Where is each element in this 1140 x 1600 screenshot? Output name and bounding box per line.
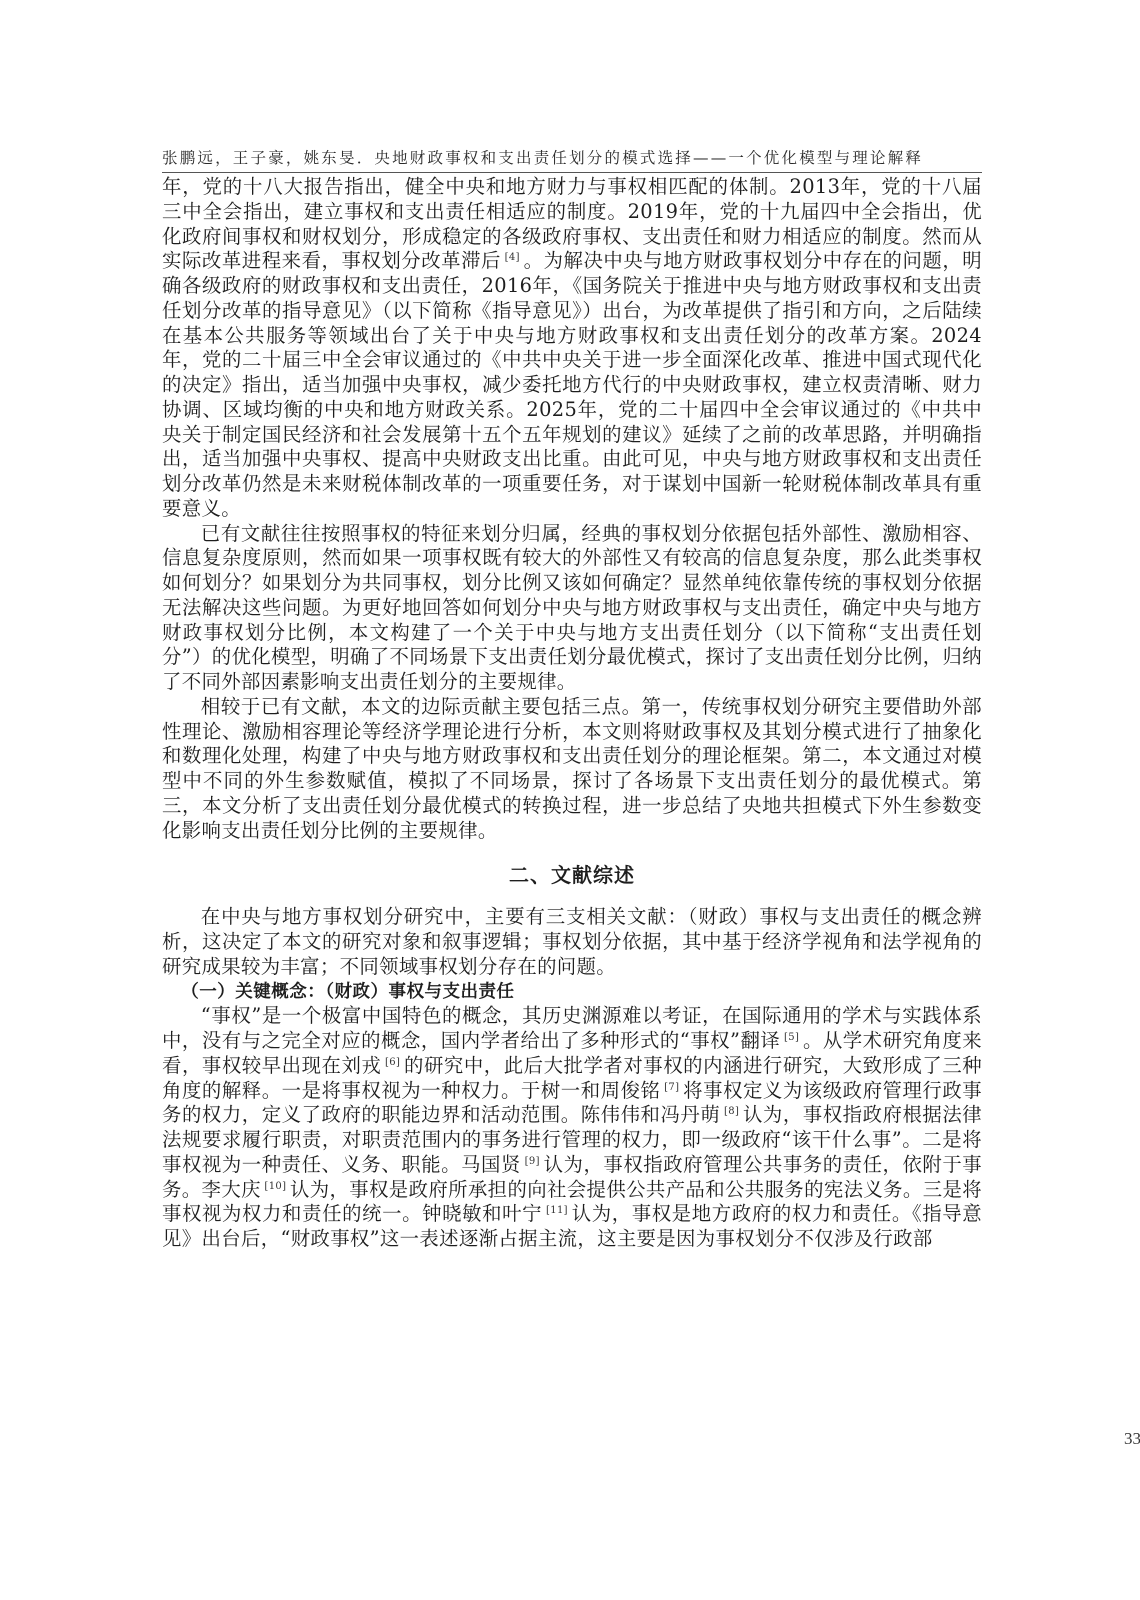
citation-reference[interactable]: [6] <box>381 1057 404 1068</box>
citation-reference[interactable]: [7] <box>660 1082 683 1093</box>
citation-reference[interactable]: [9] <box>521 1156 544 1167</box>
header-divider <box>162 172 982 173</box>
section-title: 二、文献综述 <box>162 863 982 887</box>
section-intro-paragraph: 在中央与地方事权划分研究中，主要有三支相关文献：（财政）事权与支出责任的概念辨析… <box>162 905 982 979</box>
sub-heading: （一）关键概念：（财政）事权与支出责任 <box>162 980 982 1005</box>
concept-paragraph: “事权”是一个极富中国特色的概念，其历史渊源难以考证，在国际通用的学术与实践体系… <box>162 1004 982 1252</box>
citation-reference[interactable]: [5] <box>780 1032 803 1043</box>
citation-reference[interactable]: [4] <box>501 252 524 263</box>
body-paragraph: 年，党的十八大报告指出，健全中央和地方财力与事权相匹配的体制。2013年，党的十… <box>162 175 982 522</box>
citation-reference[interactable]: [11] <box>542 1205 572 1216</box>
citation-reference[interactable]: [10] <box>261 1181 290 1192</box>
page-number: 33 <box>1124 1429 1140 1449</box>
running-header: 张鹏远，王子豪，姚东旻．央地财政事权和支出责任划分的模式选择——一个优化模型与理… <box>162 146 982 168</box>
intro-paragraphs: 年，党的十八大报告指出，健全中央和地方财力与事权相匹配的体制。2013年，党的十… <box>162 175 982 843</box>
citation-reference[interactable]: [8] <box>720 1106 743 1117</box>
body-text: 年，党的十八大报告指出，健全中央和地方财力与事权相匹配的体制。2013年，党的十… <box>162 175 982 1252</box>
body-paragraph: 相较于已有文献，本文的边际贡献主要包括三点。第一，传统事权划分研究主要借助外部性… <box>162 695 982 844</box>
body-paragraph: 已有文献往往按照事权的特征来划分归属，经典的事权划分依据包括外部性、激励相容、信… <box>162 522 982 695</box>
